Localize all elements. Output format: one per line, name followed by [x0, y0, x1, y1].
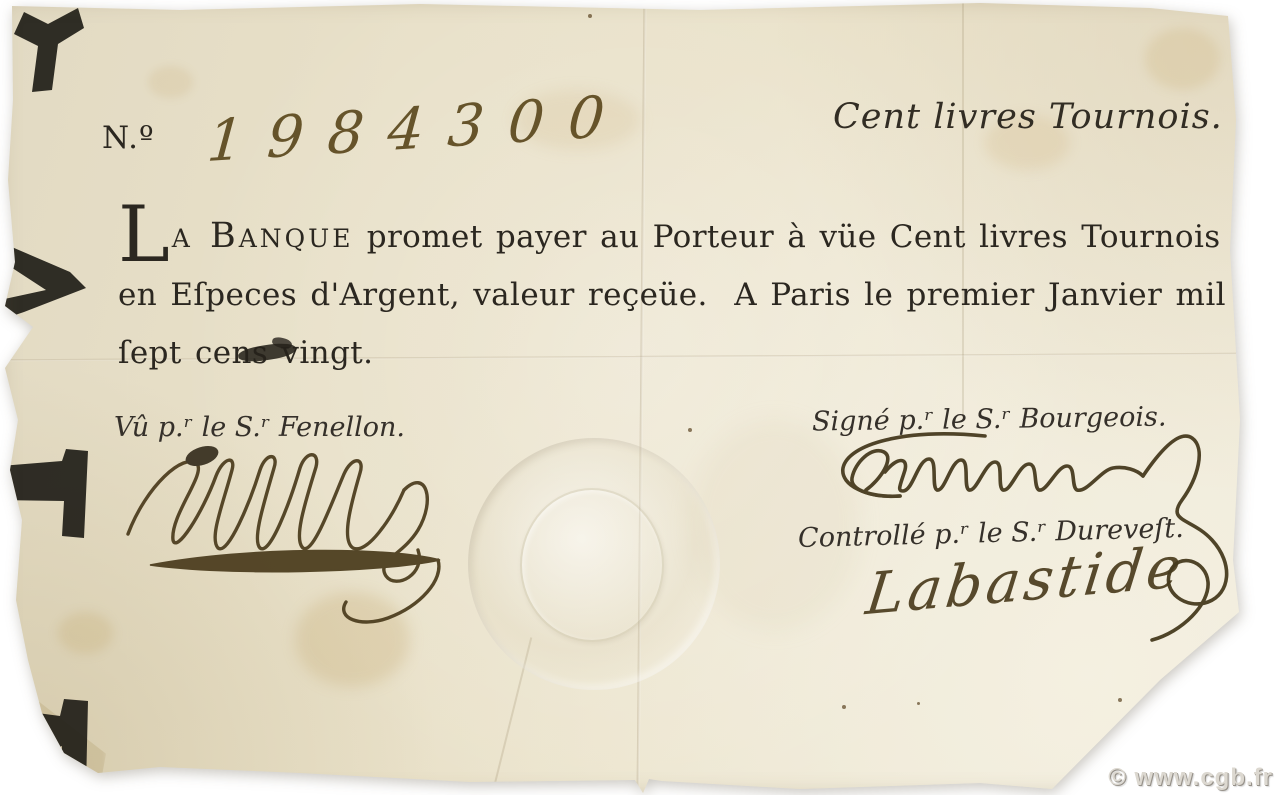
signature-fenellon-clerk: [128, 442, 440, 622]
speck: [688, 428, 692, 432]
body-line-2: en Eſpeces d'Argent, valeur reçeüe. A Pa…: [118, 266, 1188, 324]
speck: [917, 702, 920, 705]
speck: [842, 705, 846, 709]
serial-label: N.º: [102, 120, 155, 156]
banknote-paper: N.º1984300 Cent livres Tournois. La Banq…: [0, 0, 1280, 795]
indenture-letter-fragment-top: [14, 8, 84, 92]
embossed-seal: [468, 438, 720, 690]
body-line-1-rest: promet payer au Porteur à vüe Cent livre…: [353, 219, 1220, 255]
crease-diagonal-bottom: [490, 637, 533, 795]
denomination-text: Cent livres Tournois.: [833, 97, 1223, 137]
stain: [1145, 28, 1220, 90]
stain: [295, 592, 410, 687]
serial-row: N.º1984300: [102, 96, 628, 162]
body-line-1: La Banque promet payer au Porteur à vüe …: [118, 207, 1188, 266]
photo-canvas: N.º1984300 Cent livres Tournois. La Banq…: [0, 0, 1280, 795]
banknote: N.º1984300 Cent livres Tournois. La Banq…: [0, 0, 1280, 795]
stain: [58, 612, 113, 654]
serial-number: 1984300: [204, 83, 630, 175]
photo-watermark: © www.cgb.fr: [1108, 764, 1273, 792]
speck: [588, 14, 592, 18]
embossed-seal-center: [520, 488, 664, 642]
speck: [1118, 698, 1122, 702]
crease-vertical-center: [637, 0, 647, 795]
indenture-letter-fragment-v: [0, 242, 86, 320]
promise-paragraph: La Banque promet payer au Porteur à vüe …: [118, 207, 1188, 382]
body-line-3: ſept cens vingt.: [118, 324, 1188, 382]
indenture-letter-fragment-t-upper: [0, 449, 88, 538]
indenture-letter-fragments: [0, 8, 88, 788]
paper-fold: [28, 698, 106, 788]
body-line-1-smallcaps: a Banque: [172, 216, 354, 256]
attestation-signed-by: Signé p.ʳ le S.ʳ Bourgeois.: [812, 402, 1167, 438]
stain: [148, 66, 193, 98]
attestation-viewed-by: Vû p.ʳ le S.ʳ Fenellon.: [114, 412, 405, 443]
